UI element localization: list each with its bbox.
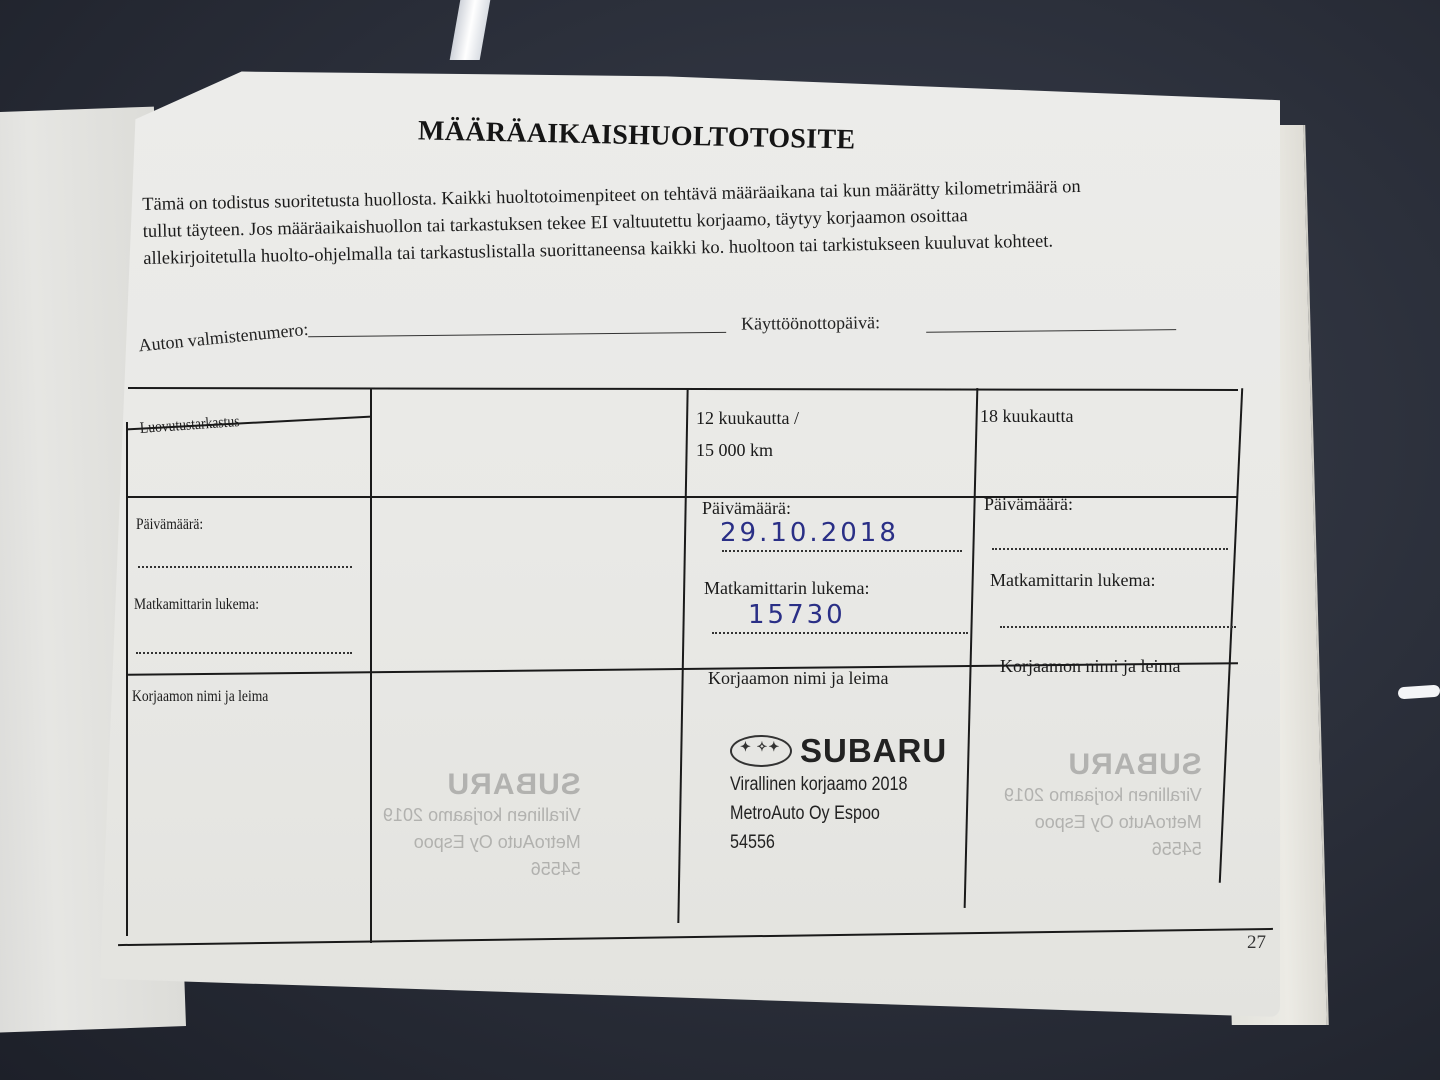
column-divider xyxy=(370,388,372,943)
service-table: Luovutustarkastus Päivämäärä: Matkamitta… xyxy=(118,388,1273,948)
col3-odometer-field[interactable] xyxy=(712,632,968,634)
start-date-field[interactable] xyxy=(926,329,1176,333)
bleed-through-stamp: SUBARU Virallinen korjaamo 2019 MetroAut… xyxy=(383,768,581,883)
col1-date-field[interactable] xyxy=(138,566,352,568)
col1-odometer-label: Matkamittarin lukema: xyxy=(134,596,259,614)
col4-date-field[interactable] xyxy=(992,548,1228,550)
vin-field[interactable] xyxy=(308,332,726,337)
col3-header-line2: 15 000 km xyxy=(696,440,773,461)
bleed-through-stamp: SUBARU Virallinen korjaamo 2019 MetroAut… xyxy=(1004,748,1202,863)
col1-stamp-label: Korjaamon nimi ja leima xyxy=(132,688,268,706)
col4-odometer-field[interactable] xyxy=(1000,626,1236,628)
col1-header: Luovutustarkastus xyxy=(139,413,240,438)
vin-label: Auton valmistenumero: xyxy=(138,319,310,357)
col3-date-field[interactable] xyxy=(722,550,962,552)
col1-date-label: Päivämäärä: xyxy=(136,516,203,534)
col4-stamp-label: Korjaamon nimi ja leima xyxy=(1000,656,1180,677)
col3-stamp-label: Korjaamon nimi ja leima xyxy=(708,668,888,689)
table-border xyxy=(128,387,1238,391)
col3-header-line1: 12 kuukautta / xyxy=(696,408,799,429)
col3-date-value: 29.10.2018 xyxy=(720,518,899,548)
col4-date-label: Päivämäärä: xyxy=(984,494,1073,515)
subaru-logo-icon xyxy=(730,735,792,767)
table-border xyxy=(1219,388,1243,883)
light-reflection xyxy=(1398,685,1440,700)
col3-odometer-label: Matkamittarin lukema: xyxy=(704,578,869,599)
col4-header: 18 kuukautta xyxy=(980,406,1073,427)
light-streak xyxy=(450,0,491,60)
start-date-label: Käyttöönottopäivä: xyxy=(741,312,880,334)
col3-date-label: Päivämäärä: xyxy=(702,498,791,519)
col3-odometer-value: 15730 xyxy=(748,600,846,630)
col1-odometer-field[interactable] xyxy=(136,652,352,654)
page-number: 27 xyxy=(1247,932,1266,954)
column-divider xyxy=(964,388,979,908)
workshop-stamp: SUBARU Virallinen korjaamo 2018 MetroAut… xyxy=(730,732,947,857)
table-border xyxy=(126,422,128,936)
table-border xyxy=(118,928,1273,946)
column-divider xyxy=(677,388,688,923)
col4-odometer-label: Matkamittarin lukema: xyxy=(990,570,1155,591)
